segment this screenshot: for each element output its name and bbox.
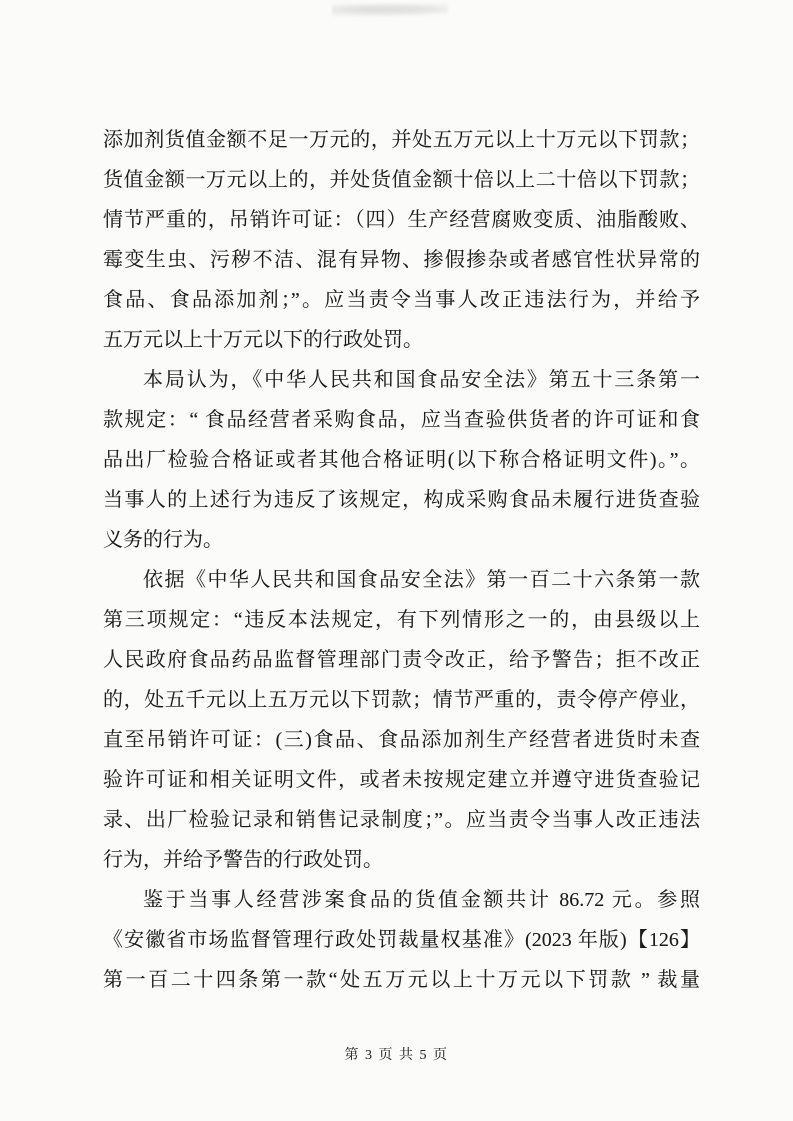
text-line: 行为，并给予警告的行政处罚。	[103, 840, 700, 880]
text-line: 人民政府食品药品监督管理部门责令改正，给予警告；拒不改正	[103, 640, 700, 680]
page-number-footer: 第 3 页 共 5 页	[0, 1044, 793, 1064]
text-line: 霉变生虫、污秽不洁、混有异物、掺假掺杂或者感官性状异常的	[103, 240, 700, 280]
paragraph: 添加剂货值金额不足一万元的，并处五万元以上十万元以下罚款；货值金额一万元以上的，…	[103, 120, 700, 360]
text-line: 依据《中华人民共和国食品安全法》第一百二十六条第一款	[103, 560, 700, 600]
text-line: 货值金额一万元以上的，并处货值金额十倍以上二十倍以下罚款；	[103, 160, 700, 200]
text-line: 品出厂检验合格证或者其他合格证明(以下称合格证明文件)。”。	[103, 440, 700, 480]
scan-artifact-smudge	[332, 3, 448, 17]
paragraph: 本局认为，《中华人民共和国食品安全法》第五十三条第一款规定：“ 食品经营者采购食…	[103, 360, 700, 560]
paragraph: 鉴于当事人经营涉案食品的货值金额共计 86.72 元。参照《安徽省市场监督管理行…	[103, 880, 700, 1000]
text-line: 第三项规定：“违反本法规定，有下列情形之一的，由县级以上	[103, 600, 700, 640]
text-line: 第一百二十四条第一款“处五万元以上十万元以下罚款 ” 裁量	[103, 960, 700, 1000]
text-line: 《安徽省市场监督管理行政处罚裁量权基准》(2023 年版)【126】	[103, 920, 700, 960]
text-line: 的，处五千元以上五万元以下罚款；情节严重的，责令停产停业，	[103, 680, 700, 720]
text-line: 五万元以上十万元以下的行政处罚。	[103, 320, 700, 360]
text-line: 食品、食品添加剂；”。应当责令当事人改正违法行为，并给予	[103, 280, 700, 320]
text-line: 义务的行为。	[103, 520, 700, 560]
document-page: 添加剂货值金额不足一万元的，并处五万元以上十万元以下罚款；货值金额一万元以上的，…	[0, 0, 793, 1121]
text-line: 录、出厂检验记录和销售记录制度；”。应当责令当事人改正违法	[103, 800, 700, 840]
document-body: 添加剂货值金额不足一万元的，并处五万元以上十万元以下罚款；货值金额一万元以上的，…	[103, 120, 700, 1000]
text-line: 直至吊销许可证：(三)食品、食品添加剂生产经营者进货时未查	[103, 720, 700, 760]
text-line: 款规定：“ 食品经营者采购食品，应当查验供货者的许可证和食	[103, 400, 700, 440]
text-line: 验许可证和相关证明文件，或者未按规定建立并遵守进货查验记	[103, 760, 700, 800]
text-line: 当事人的上述行为违反了该规定，构成采购食品未履行进货查验	[103, 480, 700, 520]
text-line: 本局认为，《中华人民共和国食品安全法》第五十三条第一	[103, 360, 700, 400]
text-line: 情节严重的，吊销许可证：（四）生产经营腐败变质、油脂酸败、	[103, 200, 700, 240]
text-line: 鉴于当事人经营涉案食品的货值金额共计 86.72 元。参照	[103, 880, 700, 920]
paragraph: 依据《中华人民共和国食品安全法》第一百二十六条第一款第三项规定：“违反本法规定，…	[103, 560, 700, 880]
text-line: 添加剂货值金额不足一万元的，并处五万元以上十万元以下罚款；	[103, 120, 700, 160]
